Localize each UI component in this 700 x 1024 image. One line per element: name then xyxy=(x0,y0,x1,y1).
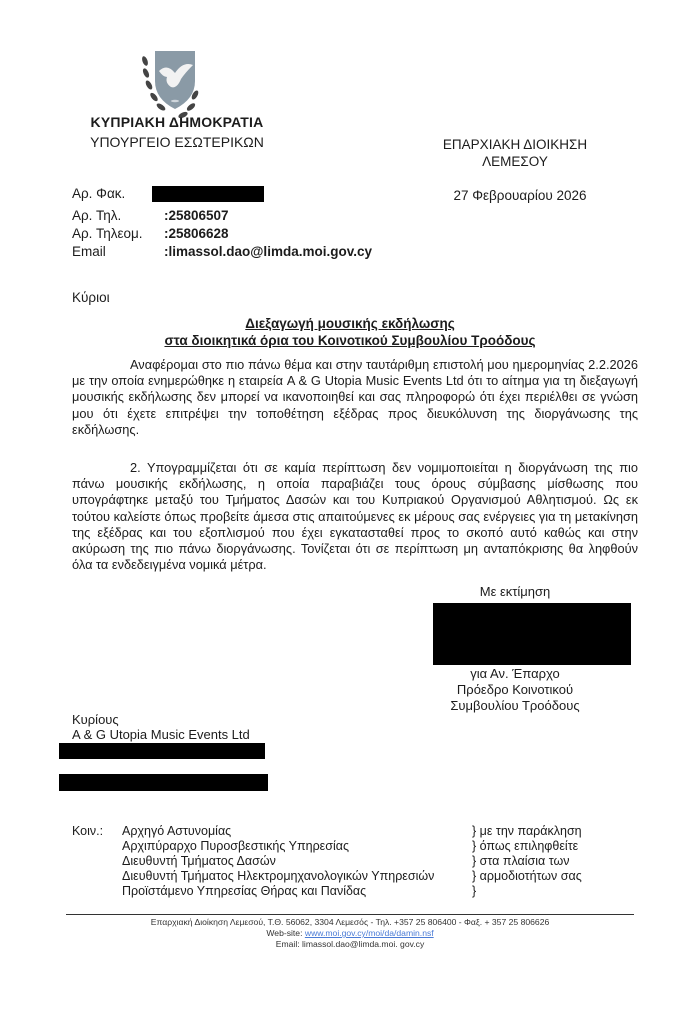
signatory-line-3: Συμβουλίου Τροόδους xyxy=(430,698,600,714)
footer-divider xyxy=(66,914,634,915)
website-label: Web-site: xyxy=(266,928,302,938)
recipient-title: Κυρίους xyxy=(72,712,250,727)
subject-line-2: στα διοικητικά όρια του Κοινοτικού Συμβο… xyxy=(60,332,640,349)
body-paragraph-1: Αναφέρομαι στο πιο πάνω θέμα και στην τα… xyxy=(72,357,638,438)
cc-recipient: Διευθυντή Τμήματος Ηλεκτρομηχανολογικών … xyxy=(122,869,434,884)
ref-label: Αρ. Τηλ. xyxy=(72,208,162,223)
closing: Με εκτίμηση xyxy=(430,584,600,600)
redacted-address-line-2 xyxy=(59,774,268,791)
salutation: Κύριοι xyxy=(72,290,110,305)
subject-line-1: Διεξαγωγή μουσικής εκδήλωσης xyxy=(60,315,640,332)
footer-website: Web-site: www.moi.gov.cy/moi/da/damin.ns… xyxy=(66,928,634,939)
footer-address: Επαρχιακή Διοίκηση Λεμεσού, Τ.Θ. 56062, … xyxy=(66,917,634,928)
cc-note-line: } xyxy=(472,884,582,899)
cc-label: Κοιν.: xyxy=(72,824,103,838)
signatory-line-2: Πρόεδρο Κοινοτικού xyxy=(430,682,600,698)
signatory-line-1: για Αν. Έπαρχο xyxy=(430,666,600,682)
cc-recipient: Προϊστάμενο Υπηρεσίας Θήρας και Πανίδας xyxy=(122,884,434,899)
letter-date: 27 Φεβρουαρίου 2026 xyxy=(440,188,600,203)
redacted-signature xyxy=(433,603,631,665)
ministry-name: ΥΠΟΥΡΓΕΙΟ ΕΣΩΤΕΡΙΚΩΝ xyxy=(82,134,272,150)
recipient-company: A & G Utopia Music Events Ltd xyxy=(72,727,250,742)
ref-label: Αρ. Τηλεομ. xyxy=(72,226,162,241)
office-line-2: ΛΕΜΕΣΟΥ xyxy=(430,153,600,170)
issuing-office: ΕΠΑΡΧΙΑΚΗ ΔΙΟΙΚΗΣΗ ΛΕΜΕΣΟΥ xyxy=(430,136,600,170)
ref-file: Αρ. Φακ. xyxy=(72,186,372,204)
cc-note-line: } όπως επιληφθείτε xyxy=(472,839,582,854)
body-paragraph-2: 2. Υπογραμμίζεται ότι σε καμία περίπτωση… xyxy=(72,460,638,573)
cc-note-line: } στα πλαίσια των xyxy=(472,854,582,869)
ref-value: :25806507 xyxy=(164,208,229,223)
cc-recipient: Αρχηγό Αστυνομίας xyxy=(122,824,434,839)
redacted-address-line-1 xyxy=(59,743,265,759)
cc-note-line: } με την παράκληση xyxy=(472,824,582,839)
cc-recipient: Διευθυντή Τμήματος Δασών xyxy=(122,854,434,869)
ref-fax: Αρ. Τηλεομ. :25806628 xyxy=(72,226,372,244)
office-line-1: ΕΠΑΡΧΙΑΚΗ ΔΙΟΙΚΗΣΗ xyxy=(430,136,600,153)
ref-phone: Αρ. Τηλ. :25806507 xyxy=(72,208,372,226)
ref-value: :limassol.dao@limda.moi.gov.cy xyxy=(164,244,372,259)
cc-note-line: } αρμοδιοτήτων σας xyxy=(472,869,582,884)
redacted-file-number xyxy=(152,186,264,202)
cc-note: } με την παράκληση } όπως επιληφθείτε } … xyxy=(472,824,582,899)
ref-email: Email :limassol.dao@limda.moi.gov.cy xyxy=(72,244,392,262)
recipient: Κυρίους A & G Utopia Music Events Ltd xyxy=(72,712,250,742)
cc-recipient: Αρχιπύραρχο Πυροσβεστικής Υπηρεσίας xyxy=(122,839,434,854)
ref-label: Αρ. Φακ. xyxy=(72,186,162,201)
country-name: ΚΥΠΡΙΑΚΗ ΔΗΜΟΚΡΑΤΙΑ xyxy=(82,114,272,130)
ref-value: :25806628 xyxy=(164,226,229,241)
ref-label: Email xyxy=(72,244,162,259)
footer-email: Email: limassol.dao@limda.moi. gov.cy xyxy=(66,939,634,950)
cc-recipient-list: Αρχηγό Αστυνομίας Αρχιπύραρχο Πυροσβεστι… xyxy=(122,824,434,899)
website-link[interactable]: www.moi.gov.cy/moi/da/damin.nsf xyxy=(305,928,434,938)
signatory-title: για Αν. Έπαρχο Πρόεδρο Κοινοτικού Συμβου… xyxy=(430,666,600,714)
